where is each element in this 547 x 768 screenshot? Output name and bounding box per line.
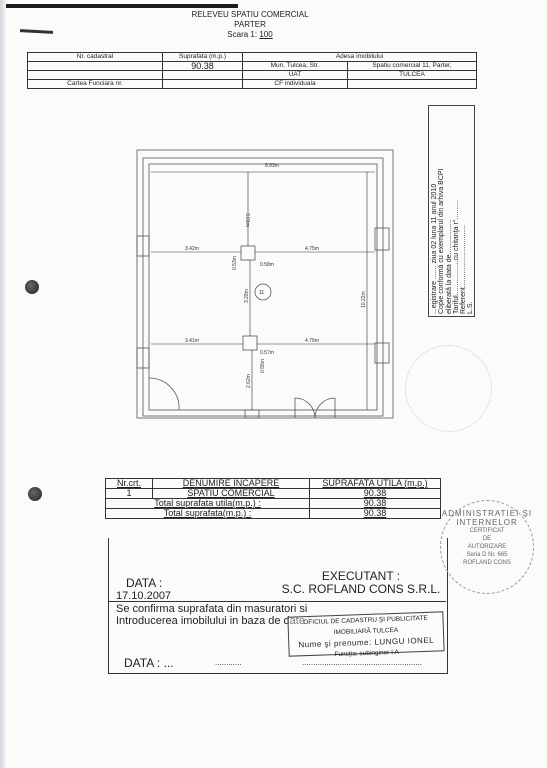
- dim-pillar1-width: 0.58m: [260, 262, 274, 268]
- stamp-inner: CERTIFICAT DE AUTORIZARE Seria D Nr. 665…: [441, 527, 533, 567]
- confirmation-text: Se confirma suprafata din masuratori si …: [116, 603, 307, 627]
- row-nr: 1: [106, 489, 153, 499]
- row-area: 90.38: [310, 489, 441, 499]
- punch-hole-icon: [28, 487, 42, 501]
- cadastral-header: Nr. cadastral: [28, 53, 163, 62]
- stamp-line: ROFLAND CONS: [441, 559, 533, 567]
- dim-upper-right: 4.75m: [305, 246, 319, 252]
- dots-field: ............: [215, 658, 242, 667]
- dim-pillar2-width: 0.57m: [260, 350, 274, 356]
- dim-lower-left: 3.41m: [185, 338, 199, 344]
- room-number: 11: [259, 290, 264, 296]
- scale-label: Scara 1:: [227, 30, 257, 39]
- uat-value: TULCEA: [348, 71, 477, 80]
- archive-line-3: eliberată la data de..................: [446, 108, 453, 314]
- confirm-line-1: Se confirma suprafata din masuratori si: [116, 603, 307, 615]
- floor-label: PARTER: [150, 20, 350, 30]
- cf-label: CF individuala: [243, 80, 348, 89]
- archive-line-4: Tariful..................cu chitanţa r°.…: [453, 108, 460, 314]
- dim-upper-vertical: 3.01m: [244, 213, 250, 227]
- dim-right-total: 10.22m: [361, 291, 367, 308]
- stamp-line: DE: [441, 535, 533, 543]
- uat-label: UAT: [243, 71, 348, 80]
- address-street-label: Mun. Tulcea, Str.: [243, 62, 348, 71]
- archive-line-5: Referent................................: [460, 108, 467, 314]
- archive-copy-stamp: ...egistrare ....... ziua 02 luna 11 anu…: [428, 105, 475, 317]
- property-info-table: Nr. cadastral Suprafata (m.p.) Adesa imo…: [27, 52, 477, 89]
- total-value: 90.38: [310, 509, 441, 519]
- executant-block: EXECUTANT : S.C. ROFLAND CONS S.R.L.: [276, 570, 446, 596]
- col-area-header: SUPRAFATA UTILA (m.p.): [310, 479, 441, 489]
- pen-mark: [20, 29, 53, 34]
- date-value: 17.10.2007: [116, 590, 171, 602]
- total-label: Total suprafata(m.p.) :: [106, 509, 310, 519]
- date-label: DATA :: [126, 576, 162, 590]
- scan-artifact-bar: [6, 4, 238, 8]
- stamp-line: CERTIFICAT: [441, 527, 533, 535]
- carte-funciara-label: Cartea Funciara nr.: [28, 80, 163, 89]
- stamp-line: Seria D Nr. 665: [441, 551, 533, 559]
- total-useful-value: 90.38: [310, 499, 441, 509]
- page-edge-shadow: [0, 0, 6, 768]
- date-bottom-label: DATA : ...: [124, 656, 174, 670]
- signature-line: ........................................…: [302, 658, 422, 667]
- dim-pillar2-height: 0.55m: [260, 359, 266, 373]
- surface-value: 90.38: [163, 62, 243, 71]
- rooms-table: Nr.crt. DENUMIRE INCAPERE SUPRAFATA UTIL…: [105, 478, 441, 519]
- dim-pillar1-height: 0.53m: [232, 256, 238, 270]
- dim-upper-left: 3.42m: [185, 246, 199, 252]
- carte-funciara-value: [163, 80, 243, 89]
- table-row: 1 SPATIU COMERCIAL 90.38: [106, 489, 441, 499]
- archive-line-6: L.S.: [467, 108, 474, 314]
- stamp-ring-text: ADMINISTRATIEI ŞI INTERNELOR: [441, 509, 533, 527]
- document-title: RELEVEU SPATIU COMERCIAL: [150, 10, 350, 20]
- confirm-line-2: Introducerea imobilului in baza de date: [116, 615, 307, 627]
- total-useful-label: Total suprafata utila(m.p.) :: [106, 499, 310, 509]
- archive-line-1: ...egistrare ....... ziua 02 luna 11 anu…: [431, 108, 438, 314]
- faint-round-stamp: [405, 345, 492, 432]
- authorization-stamp: ADMINISTRATIEI ŞI INTERNELOR CERTIFICAT …: [440, 500, 534, 594]
- executant-name: S.C. ROFLAND CONS S.R.L.: [276, 583, 446, 596]
- stamp-line: AUTORIZARE: [441, 543, 533, 551]
- scale-value: 100: [259, 30, 272, 39]
- punch-hole-icon: [25, 280, 39, 294]
- address-header: Adesa imobilului: [243, 53, 477, 62]
- dim-middle-vertical: 3.28m: [244, 289, 250, 303]
- dim-lower-vertical: 2.62m: [246, 374, 252, 388]
- row-name: SPATIU COMERCIAL: [153, 489, 310, 499]
- surface-extra: [163, 71, 243, 80]
- col-nr-header: Nr.crt.: [106, 479, 153, 489]
- col-name-header: DENUMIRE INCAPERE: [153, 479, 310, 489]
- cadastral-value: [28, 62, 163, 71]
- dim-lower-right: 4.76m: [305, 338, 319, 344]
- address-value: Spatiu comercial 11, Parter,: [348, 62, 477, 71]
- archive-line-2: Copie conformă cu exemplarul din arhiva …: [438, 108, 445, 314]
- scale-line: Scara 1: 100: [150, 30, 350, 40]
- floor-plan: 8.93m 3.42m 4.75m 0.58m 3.41m 4.76m 0.57…: [135, 148, 395, 428]
- ocpi-stamp: OFICIUL DE CADASTRU ŞI PUBLICITATE IMOBI…: [287, 611, 444, 656]
- cf-value: [348, 80, 477, 89]
- cadastral-extra: [28, 71, 163, 80]
- document-title-block: RELEVEU SPATIU COMERCIAL PARTER Scara 1:…: [150, 10, 350, 40]
- dim-top-width: 8.93m: [265, 163, 279, 169]
